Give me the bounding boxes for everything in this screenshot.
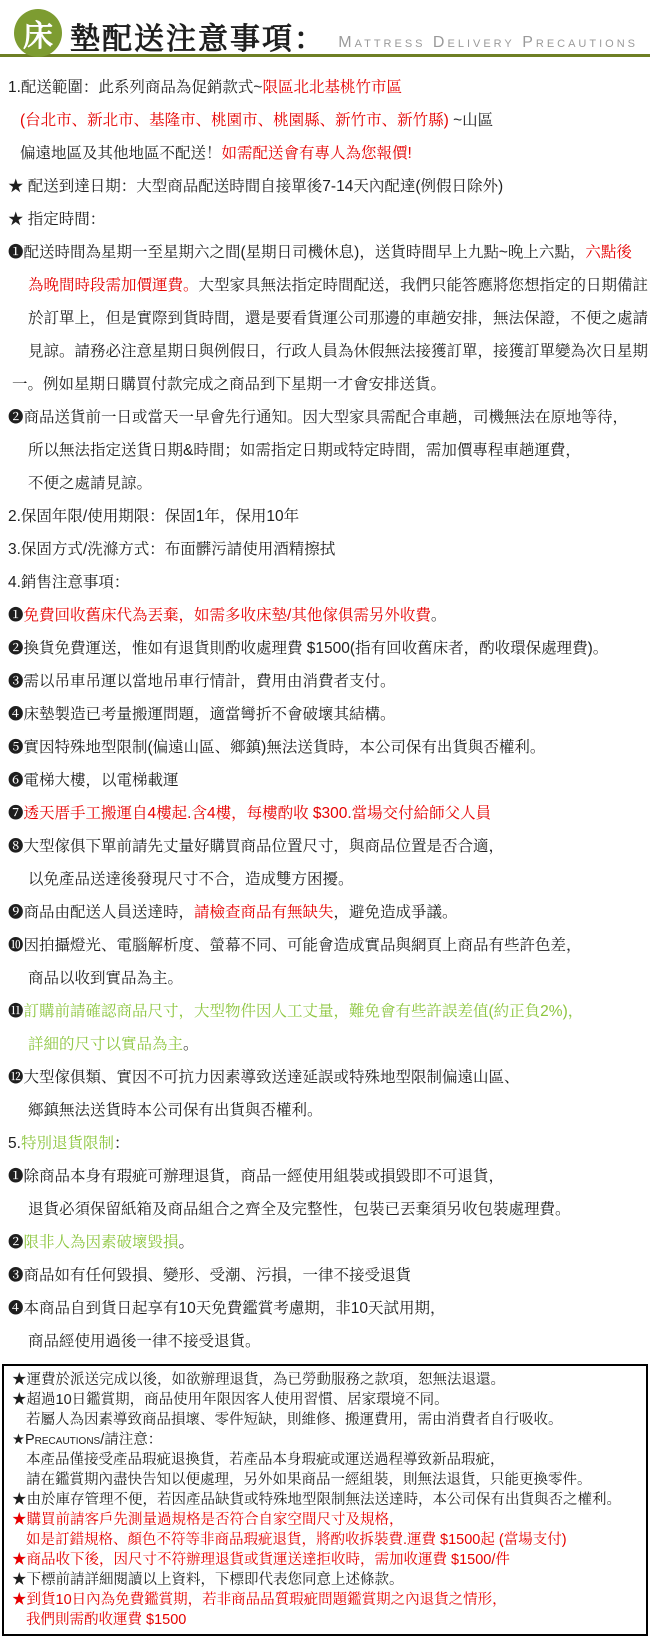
text-segment: 透天厝手工搬運自4樓起.含4樓，每樓酌收 $300.當場交付給師父人員 [24, 805, 492, 822]
text-segment: 見諒。請務必注意星期日與例假日，行政人員為休假無法接獲訂單，接獲訂單變為次日星期 [28, 343, 648, 360]
text-segment: 為晚間時段需加價運費。 [28, 277, 199, 294]
text-line: 2.保固年限/使用期限：保固1年，保用10年 [0, 500, 650, 533]
text-line: 商品經使用過後一律不接受退貨。 [0, 1325, 650, 1358]
text-segment: ★由於庫存管理不便，若因產品缺貨或特殊地型限制無法送達時，本公司保有出貨與否之權… [12, 1492, 621, 1508]
text-line: 見諒。請務必注意星期日與例假日，行政人員為休假無法接獲訂單，接獲訂單變為次日星期 [0, 335, 650, 368]
text-line: ❽大型傢俱下單前請先丈量好購買商品位置尺寸，與商品位置是否合適， [0, 830, 650, 863]
text-segment: 請檢查商品有無缺失 [194, 904, 334, 921]
text-line: ⓬大型傢俱類、實因不可抗力因素導致送達延誤或特殊地型限制偏遠山區、 [0, 1061, 650, 1094]
text-line: (台北市、新北市、基隆市、桃園市、桃園縣、新竹市、新竹縣) ~山區 [0, 104, 650, 137]
page-title: 墊配送注意事項： [70, 14, 326, 58]
text-line: ★到貨10日內為免費鑑賞期，若非商品品質瑕疵問題鑑賞期之內退貨之情形， [10, 1590, 640, 1610]
text-segment: ❺實因特殊地型限制(偏遠山區、鄉鎮)無法送貨時，本公司保有出貨與否權利。 [8, 739, 545, 756]
text-line: 請在鑑賞期內盡快告知以便處理，另外如果商品一經組裝，則無法退貨，只能更換零件。 [10, 1470, 640, 1490]
text-line: 商品以收到實品為主。 [0, 962, 650, 995]
text-line: 一。例如星期日購買付款完成之商品到下星期一才會安排送貨。 [0, 368, 650, 401]
text-line: ❿因拍攝燈光、電腦解析度、螢幕不同、可能會造成實品與網頁上商品有些許色差， [0, 929, 650, 962]
text-segment: ❻電梯大樓，以電梯載運 [8, 772, 179, 789]
text-line: 不便之處請見諒。 [0, 467, 650, 500]
text-segment: 1.配送範圍：此系列商品為促銷款式~ [8, 79, 262, 96]
text-segment: ❼ [8, 805, 24, 822]
text-line: ❷換貨免費運送，惟如有退貨則酌收處理費 $1500(指有回收舊床者，酌收環保處理… [0, 632, 650, 665]
text-segment: ❶除商品本身有瑕疵可辦理退貨，商品一經使用組裝或損毀即不可退貨， [8, 1168, 504, 1185]
text-line: ★ 指定時間： [0, 203, 650, 236]
text-line: ★運費於派送完成以後，如欲辦理退貨，為已勞動服務之款項，恕無法退還。 [10, 1370, 640, 1390]
text-line: ★Precautions/請注意： [10, 1430, 640, 1450]
text-segment: ★商品收下後，因尺寸不符辦理退貨或貨運送達拒收時，需加收運費 $1500/件 [12, 1552, 510, 1568]
text-segment: 如是訂錯規格、顏色不符等非商品瑕疵退貨，將酌收拆裝費.運費 $1500起 (當場… [26, 1532, 567, 1548]
text-line: 5.特別退貨限制： [0, 1127, 650, 1160]
text-segment: 六點後 [585, 244, 632, 261]
text-segment: 以免產品送達後發現尺寸不合，造成雙方困擾。 [28, 871, 354, 888]
text-line: 為晚間時段需加價運費。大型家具無法指定時間配送，我們只能答應將您想指定的日期備註 [0, 269, 650, 302]
text-segment: 不便之處請見諒。 [28, 475, 152, 492]
text-line: ★下標前請詳細閱讀以上資料，下標即代表您同意上述條款。 [10, 1570, 640, 1590]
text-line: 如是訂錯規格、顏色不符等非商品瑕疵退貨，將酌收拆裝費.運費 $1500起 (當場… [10, 1530, 640, 1550]
text-line: ❷商品送貨前一日或當天一早會先行通知。因大型家具需配合車趟，司機無法在原地等待， [0, 401, 650, 434]
page-subtitle-english: Mattress Delivery Precautions [338, 34, 638, 52]
text-segment: ，避免造成爭議。 [334, 904, 458, 921]
delivery-notes-body: 1.配送範圍：此系列商品為促銷款式~限區北北基桃竹市區(台北市、新北市、基隆市、… [0, 57, 650, 1358]
text-line: 所以無法指定送貨日期&時間；如需指定日期或特定時間，需加價專程車趟運費， [0, 434, 650, 467]
text-segment: 。 [179, 1234, 195, 1251]
text-segment: 3.保固方式/洗滌方式：布面髒污請使用酒精擦拭 [8, 541, 335, 558]
text-segment: ⓬大型傢俱類、實因不可抗力因素導致送達延誤或特殊地型限制偏遠山區、 [8, 1069, 520, 1086]
text-segment: 一。例如星期日購買付款完成之商品到下星期一才會安排送貨。 [12, 376, 446, 393]
text-segment: 限區北北基桃竹市區 [262, 79, 402, 96]
text-segment: 4.銷售注意事項： [8, 574, 129, 591]
text-line: ★由於庫存管理不便，若因產品缺貨或特殊地型限制無法送達時，本公司保有出貨與否之權… [10, 1490, 640, 1510]
text-line: ❻電梯大樓，以電梯載運 [0, 764, 650, 797]
text-segment: 我們則需酌收運費 $1500 [26, 1612, 186, 1628]
text-line: ★ 配送到達日期：大型商品配送時間自接單後7-14天內配達(例假日除外) [0, 170, 650, 203]
text-segment: 所以無法指定送貨日期&時間；如需指定日期或特定時間，需加價專程車趟運費， [28, 442, 581, 459]
text-segment: ❷商品送貨前一日或當天一早會先行通知。因大型家具需配合車趟，司機無法在原地等待， [8, 409, 628, 426]
text-segment: ★運費於派送完成以後，如欲辦理退貨，為已勞動服務之款項，恕無法退還。 [12, 1372, 505, 1388]
text-segment: ❹床墊製造已考量搬運問題，適當彎折不會破壞其結構。 [8, 706, 396, 723]
text-line: 偏遠地區及其他地區不配送！如需配送會有專人為您報價! [0, 137, 650, 170]
bed-badge-icon: 床 [14, 9, 62, 57]
text-line: 本產品僅接受產品瑕疵退換貨，若產品本身瑕疵或運送過程導致新品瑕疵， [10, 1450, 640, 1470]
page-header: 床 墊配送注意事項： Mattress Delivery Precautions [0, 0, 650, 54]
text-segment: ❸商品如有任何毀損、變形、受潮、污損，一律不接受退貨 [8, 1267, 411, 1284]
text-segment: ❾商品由配送人員送達時， [8, 904, 194, 921]
text-segment: 請在鑑賞期內盡快告知以便處理，另外如果商品一經組裝，則無法退貨，只能更換零件。 [26, 1472, 592, 1488]
text-line: ❾商品由配送人員送達時，請檢查商品有無缺失，避免造成爭議。 [0, 896, 650, 929]
text-segment: ❿因拍攝燈光、電腦解析度、螢幕不同、可能會造成實品與網頁上商品有些許色差， [8, 937, 582, 954]
text-segment: ❷ [8, 1234, 24, 1251]
text-line: 鄉鎮無法送貨時本公司保有出貨與否權利。 [0, 1094, 650, 1127]
text-segment: ★到貨10日內為免費鑑賞期，若非商品品質瑕疵問題鑑賞期之內退貨之情形， [12, 1592, 507, 1608]
text-segment: ❹本商品自到貨日起享有10天免費鑑賞考慮期，非10天試用期， [8, 1300, 445, 1317]
text-segment: ★ 指定時間： [8, 211, 105, 228]
text-segment: 偏遠地區及其他地區不配送！ [20, 145, 222, 162]
text-line: ★購買前請客戶先測量過規格是否符合自家空間尺寸及規格， [10, 1510, 640, 1530]
text-line: ❹本商品自到貨日起享有10天免費鑑賞考慮期，非10天試用期， [0, 1292, 650, 1325]
text-segment: ★Precautions/請注意： [12, 1432, 162, 1448]
text-segment: ★購買前請客戶先測量過規格是否符合自家空間尺寸及規格， [12, 1512, 404, 1528]
text-line: 1.配送範圍：此系列商品為促銷款式~限區北北基桃竹市區 [0, 71, 650, 104]
text-segment: (台北市、新北市、基隆市、桃園市、桃園縣、新竹市、新竹縣) [20, 112, 449, 129]
bottom-notice-box: ★運費於派送完成以後，如欲辦理退貨，為已勞動服務之款項，恕無法退還。★超過10日… [2, 1364, 648, 1636]
text-segment: ❶ [8, 607, 24, 624]
text-segment: ❸需以吊車吊運以當地吊車行情計，費用由消費者支付。 [8, 673, 396, 690]
text-line: ❶免費回收舊床代為丟棄，如需多收床墊/其他傢俱需另外收費。 [0, 599, 650, 632]
text-segment: ❷換貨免費運送，惟如有退貨則酌收處理費 $1500(指有回收舊床者，酌收環保處理… [8, 640, 608, 657]
text-segment: 商品經使用過後一律不接受退貨。 [28, 1333, 261, 1350]
text-segment: 特別退貨限制 [21, 1135, 114, 1152]
text-line: 我們則需酌收運費 $1500 [10, 1610, 640, 1630]
text-line: ❶配送時間為星期一至星期六之間(星期日司機休息)，送貨時間早上九點~晚上六點，六… [0, 236, 650, 269]
text-line: 若屬人為因素導致商品損壞、零件短缺，則維修、搬運費用，需由消費者自行吸收。 [10, 1410, 640, 1430]
text-line: ❹床墊製造已考量搬運問題，適當彎折不會破壞其結構。 [0, 698, 650, 731]
text-segment: ★下標前請詳細閱讀以上資料，下標即代表您同意上述條款。 [12, 1572, 404, 1588]
text-segment: 2.保固年限/使用期限：保固1年，保用10年 [8, 508, 299, 525]
text-line: ❸商品如有任何毀損、變形、受潮、污損，一律不接受退貨 [0, 1259, 650, 1292]
text-segment: ： [114, 1135, 130, 1152]
text-segment: 。 [431, 607, 447, 624]
text-line: 以免產品送達後發現尺寸不合，造成雙方困擾。 [0, 863, 650, 896]
text-segment: 若屬人為因素導致商品損壞、零件短缺，則維修、搬運費用，需由消費者自行吸收。 [26, 1412, 563, 1428]
text-line: 4.銷售注意事項： [0, 566, 650, 599]
text-line: 於訂單上，但是實際到貨時間，還是要看貨運公司那邊的車趟安排，無法保證，不便之處請 [0, 302, 650, 335]
text-segment: 。 [183, 1036, 199, 1053]
text-segment: 大型家具無法指定時間配送，我們只能答應將您想指定的日期備註 [199, 277, 649, 294]
text-line: ❶除商品本身有瑕疵可辦理退貨，商品一經使用組裝或損毀即不可退貨， [0, 1160, 650, 1193]
text-segment: 訂購前請確認商品尺寸，大型物件因人工丈量，難免會有些許誤差值(約正負2%)， [24, 1003, 584, 1020]
text-line: ❼透天厝手工搬運自4樓起.含4樓，每樓酌收 $300.當場交付給師父人員 [0, 797, 650, 830]
text-segment: ❶配送時間為星期一至星期六之間(星期日司機休息)，送貨時間早上九點~晚上六點， [8, 244, 585, 261]
text-segment: 本產品僅接受產品瑕疵退換貨，若產品本身瑕疵或運送過程導致新品瑕疵， [26, 1452, 505, 1468]
text-line: 詳細的尺寸以實品為主。 [0, 1028, 650, 1061]
text-segment: ❽大型傢俱下單前請先丈量好購買商品位置尺寸，與商品位置是否合適， [8, 838, 504, 855]
text-segment: ~山區 [449, 112, 493, 129]
text-line: ⓫訂購前請確認商品尺寸，大型物件因人工丈量，難免會有些許誤差值(約正負2%)， [0, 995, 650, 1028]
text-segment: ⓫ [8, 1003, 24, 1020]
text-segment: 於訂單上，但是實際到貨時間，還是要看貨運公司那邊的車趟安排，無法保證，不便之處請 [28, 310, 648, 327]
text-line: ❷限非人為因素破壞毀損。 [0, 1226, 650, 1259]
text-segment: 免費回收舊床代為丟棄，如需多收床墊/其他傢俱需另外收費 [24, 607, 431, 624]
text-line: ❸需以吊車吊運以當地吊車行情計，費用由消費者支付。 [0, 665, 650, 698]
text-line: ★商品收下後，因尺寸不符辦理退貨或貨運送達拒收時，需加收運費 $1500/件 [10, 1550, 640, 1570]
text-segment: ★超過10日鑑賞期，商品使用年限因客人使用習慣、居家環境不同。 [12, 1392, 449, 1408]
text-segment: 限非人為因素破壞毀損 [24, 1234, 179, 1251]
text-segment: ★ 配送到達日期：大型商品配送時間自接單後7-14天內配達(例假日除外) [8, 178, 503, 195]
text-segment: 如需配送會有專人為您報價! [222, 145, 412, 162]
text-segment: 詳細的尺寸以實品為主 [28, 1036, 183, 1053]
text-segment: 5. [8, 1135, 21, 1152]
text-line: 3.保固方式/洗滌方式：布面髒污請使用酒精擦拭 [0, 533, 650, 566]
page: { "header": { "badge_char": "床", "title"… [0, 0, 650, 1636]
text-segment: 鄉鎮無法送貨時本公司保有出貨與否權利。 [28, 1102, 323, 1119]
text-line: ★超過10日鑑賞期，商品使用年限因客人使用習慣、居家環境不同。 [10, 1390, 640, 1410]
text-line: 退貨必須保留紙箱及商品組合之齊全及完整性，包裝已丟棄須另收包裝處理費。 [0, 1193, 650, 1226]
text-line: ❺實因特殊地型限制(偏遠山區、鄉鎮)無法送貨時，本公司保有出貨與否權利。 [0, 731, 650, 764]
text-segment: 商品以收到實品為主。 [28, 970, 183, 987]
text-segment: 退貨必須保留紙箱及商品組合之齊全及完整性，包裝已丟棄須另收包裝處理費。 [28, 1201, 571, 1218]
